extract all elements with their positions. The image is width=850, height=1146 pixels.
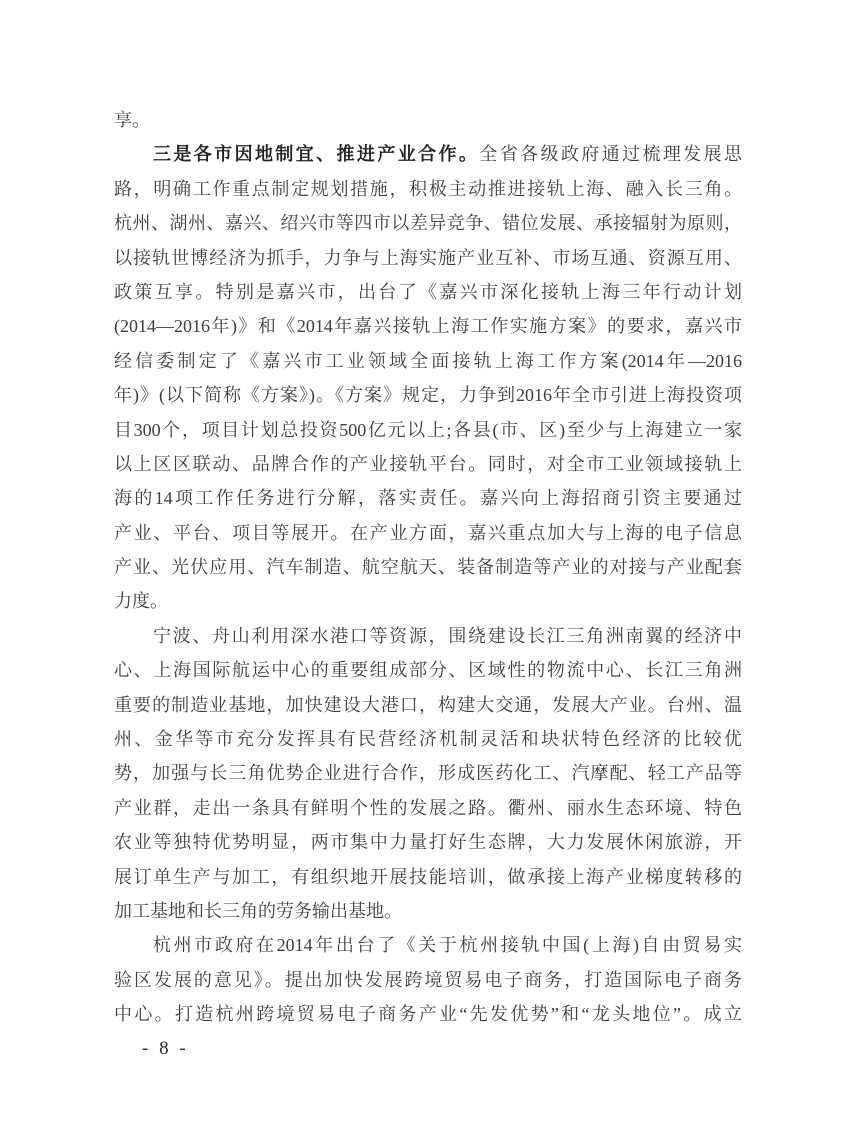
text-line: 三是各市因地制宜、推进产业合作。全省各级政府通过梳理发展思 — [114, 137, 742, 171]
page-body-text: 享。三是各市因地制宜、推进产业合作。全省各级政府通过梳理发展思路，明确工作重点制… — [114, 103, 742, 1032]
document-page: 享。三是各市因地制宜、推进产业合作。全省各级政府通过梳理发展思路，明确工作重点制… — [0, 0, 850, 1146]
text-line: 以接轨世博经济为抓手，力争与上海实施产业互补、市场互通、资源互用、 — [114, 241, 742, 275]
text-line: 杭州市政府在2014年出台了《关于杭州接轨中国(上海)自由贸易实 — [114, 928, 742, 962]
text-line: (2014—2016年)》和《2014年嘉兴接轨上海工作实施方案》的要求，嘉兴市 — [114, 309, 742, 343]
text-line: 势，加强与长三角优势企业进行合作，形成医药化工、汽摩配、轻工产品等 — [114, 756, 742, 790]
text-line: 产业、平台、项目等展开。在产业方面，嘉兴重点加大与上海的电子信息 — [114, 516, 742, 550]
text-line: 验区发展的意见》。提出加快发展跨境贸易电子商务，打造国际电子商务 — [114, 963, 742, 997]
text-line: 力度。 — [114, 584, 742, 618]
text-line: 目300个，项目计划总投资500亿元以上;各县(市、区)至少与上海建立一家 — [114, 413, 742, 447]
text-line: 产业群，走出一条具有鲜明个性的发展之路。衢州、丽水生态环境、特色 — [114, 791, 742, 825]
text-line: 政策互享。特别是嘉兴市，出台了《嘉兴市深化接轨上海三年行动计划 — [114, 275, 742, 309]
text-line: 宁波、舟山利用深水港口等资源，围绕建设长江三角洲南翼的经济中 — [114, 619, 742, 653]
page-number: - 8 - — [142, 1034, 189, 1064]
text-line: 经信委制定了《嘉兴市工业领域全面接轨上海工作方案(2014年—2016 — [114, 344, 742, 378]
text-line: 享。 — [114, 103, 742, 137]
paragraph-bold-heading: 三是各市因地制宜、推进产业合作。 — [153, 144, 479, 164]
text-line: 农业等独特优势明显，两市集中力量打好生态牌，大力发展休闲旅游，开 — [114, 825, 742, 859]
text-line: 州、金华等市充分发挥具有民营经济机制灵活和块状特色经济的比较优 — [114, 722, 742, 756]
text-line: 杭州、湖州、嘉兴、绍兴市等四市以差异竞争、错位发展、承接辐射为原则， — [114, 206, 742, 240]
text-line: 年)》(以下简称《方案》)。《方案》规定，力争到2016年全市引进上海投资项 — [114, 378, 742, 412]
text-line: 路，明确工作重点制定规划措施，积极主动推进接轨上海、融入长三角。 — [114, 172, 742, 206]
text-line: 以上区区联动、品牌合作的产业接轨平台。同时，对全市工业领域接轨上 — [114, 447, 742, 481]
text-line: 中心。打造杭州跨境贸易电子商务产业“先发优势”和“龙头地位”。成立 — [114, 997, 742, 1031]
text-line: 加工基地和长三角的劳务输出基地。 — [114, 894, 742, 928]
text-line: 心、上海国际航运中心的重要组成部分、区域性的物流中心、长江三角洲 — [114, 653, 742, 687]
text-line: 重要的制造业基地，加快建设大港口，构建大交通，发展大产业。台州、温 — [114, 688, 742, 722]
text-line: 海的14项工作任务进行分解，落实责任。嘉兴向上海招商引资主要通过 — [114, 481, 742, 515]
text-line: 产业、光伏应用、汽车制造、航空航天、装备制造等产业的对接与产业配套 — [114, 550, 742, 584]
text-line: 展订单生产与加工，有组织地开展技能培训，做承接上海产业梯度转移的 — [114, 860, 742, 894]
